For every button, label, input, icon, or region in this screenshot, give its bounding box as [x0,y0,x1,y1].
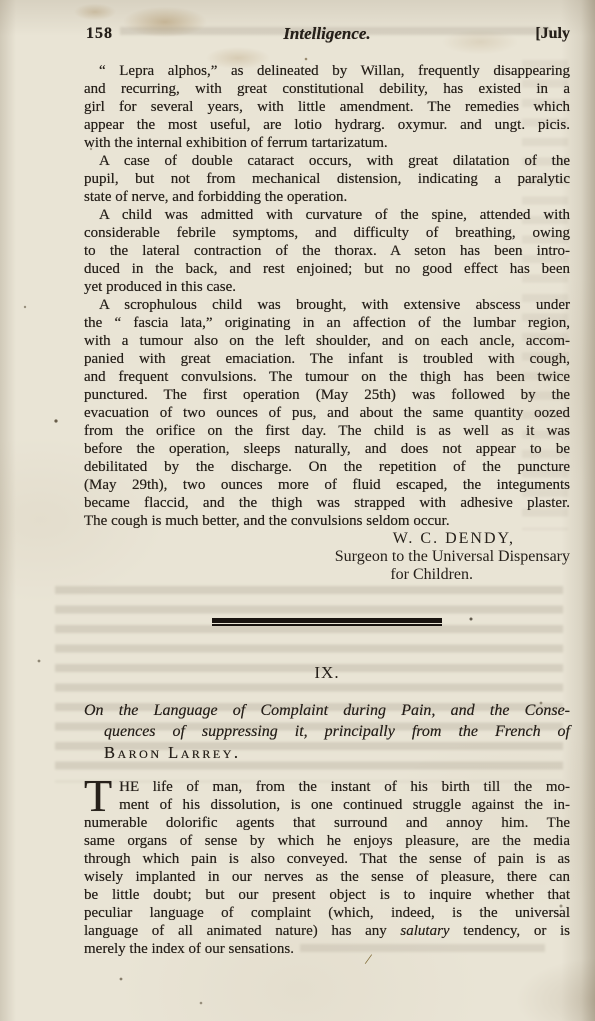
text-line: “ Lepra alphos,” as delineated by Willan… [84,62,570,80]
text-line: same organs of sense by which he enjoys … [84,832,570,850]
paragraph-opening: T HE life of man, from the instant of hi… [84,778,570,958]
section-divider-rule [212,618,442,626]
text-line: debilitated by the discharge. On the rep… [84,458,570,476]
text-line: from the orifice on the first day. The c… [84,422,570,440]
ink-mark: / [365,952,371,969]
text-line: with a tumour also on the left shoulder,… [84,332,570,350]
title-author: Baron Larrey. [84,742,570,763]
text-line: numerable dolorific agents that surround… [84,814,570,832]
text-line: appear the most useful, are lotio hydrar… [84,116,570,134]
text-line: state of nerve, and forbidding the opera… [84,188,570,206]
text-line: be little doubt; but our present object … [84,886,570,904]
issue-label: [July [535,24,570,44]
signature-role-line2: for Children. [84,566,570,584]
paragraph-double-cataract: A case of double cataract occurs, with g… [84,152,570,206]
text-line: panied with great emaciation. The infant… [84,350,570,368]
text-line: to the lateral contraction of the thorax… [84,242,570,260]
text-line: and recurring, with great constitutional… [84,80,570,98]
signature-role-line1: Surgeon to the Universal Dispensary [84,548,570,566]
text-line: before the operation, sleeps naturally, … [84,440,570,458]
paragraph-scrophulous-child: A scrophulous child was brought, with ex… [84,296,570,530]
paragraph-lepra-alphos: “ Lepra alphos,” as delineated by Willan… [84,62,570,152]
paragraph-spine-curvature: A child was admitted with curvature of t… [84,206,570,296]
title-line-2: quences of suppressing it, principally f… [84,721,570,742]
text-line: yet produced in this case. [84,278,570,296]
title-line-1: On the Language of Complaint during Pain… [84,700,570,721]
signature-block: W. C. DENDY, Surgeon to the Universal Di… [84,530,570,584]
section-number: IX. [84,662,570,684]
signature-name: W. C. DENDY, [84,530,570,548]
text-line: merely the index of our sensations. [84,940,570,958]
text-line: ment of his dissolution, is one continue… [84,796,570,814]
text-line: A child was admitted with curvature of t… [84,206,570,224]
text-line: became flaccid, and the thigh was strapp… [84,494,570,512]
text-line: with the internal exhibition of ferrum t… [84,134,570,152]
text-line: wisely implanted in our nerves as the se… [84,868,570,886]
text-line: HE life of man, from the instant of his … [84,778,570,796]
article-title: On the Language of Complaint during Pain… [84,700,570,763]
text-line: girl for several years, with little amen… [84,98,570,116]
running-title: Intelligence. [84,24,570,44]
text-line: A case of double cataract occurs, with g… [84,152,570,170]
text-line: pupil, but not from mechanical distensio… [84,170,570,188]
text-line: the “ fascia lata,” originating in an af… [84,314,570,332]
text-line: and frequent convulsions. The tumour on … [84,368,570,386]
text-line: A scrophulous child was brought, with ex… [84,296,570,314]
text-line: duced in the back, and rest enjoined; bu… [84,260,570,278]
text-column: 158 Intelligence. [July “ Lepra alphos,”… [84,24,570,958]
book-page: 158 Intelligence. [July “ Lepra alphos,”… [0,0,595,1021]
text-line: language of all animated nature) has any… [84,922,570,940]
text-line: through which pain is also conveyed. Tha… [84,850,570,868]
text-line: punctured. The first operation (May 25th… [84,386,570,404]
paragraph-body: HE life of man, from the instant of his … [84,778,570,958]
text-line: The cough is much better, and the convul… [84,512,570,530]
drop-cap: T [84,778,119,814]
text-line: evacuation of two ounces of pus, and abo… [84,404,570,422]
page-header: 158 Intelligence. [July [84,24,570,44]
paper-specks [0,0,2,2]
text-line: (May 29th), two ounces more of fluid esc… [84,476,570,494]
text-line: considerable febrile symptoms, and diffi… [84,224,570,242]
text-line: peculiar language of complaint (which, i… [84,904,570,922]
